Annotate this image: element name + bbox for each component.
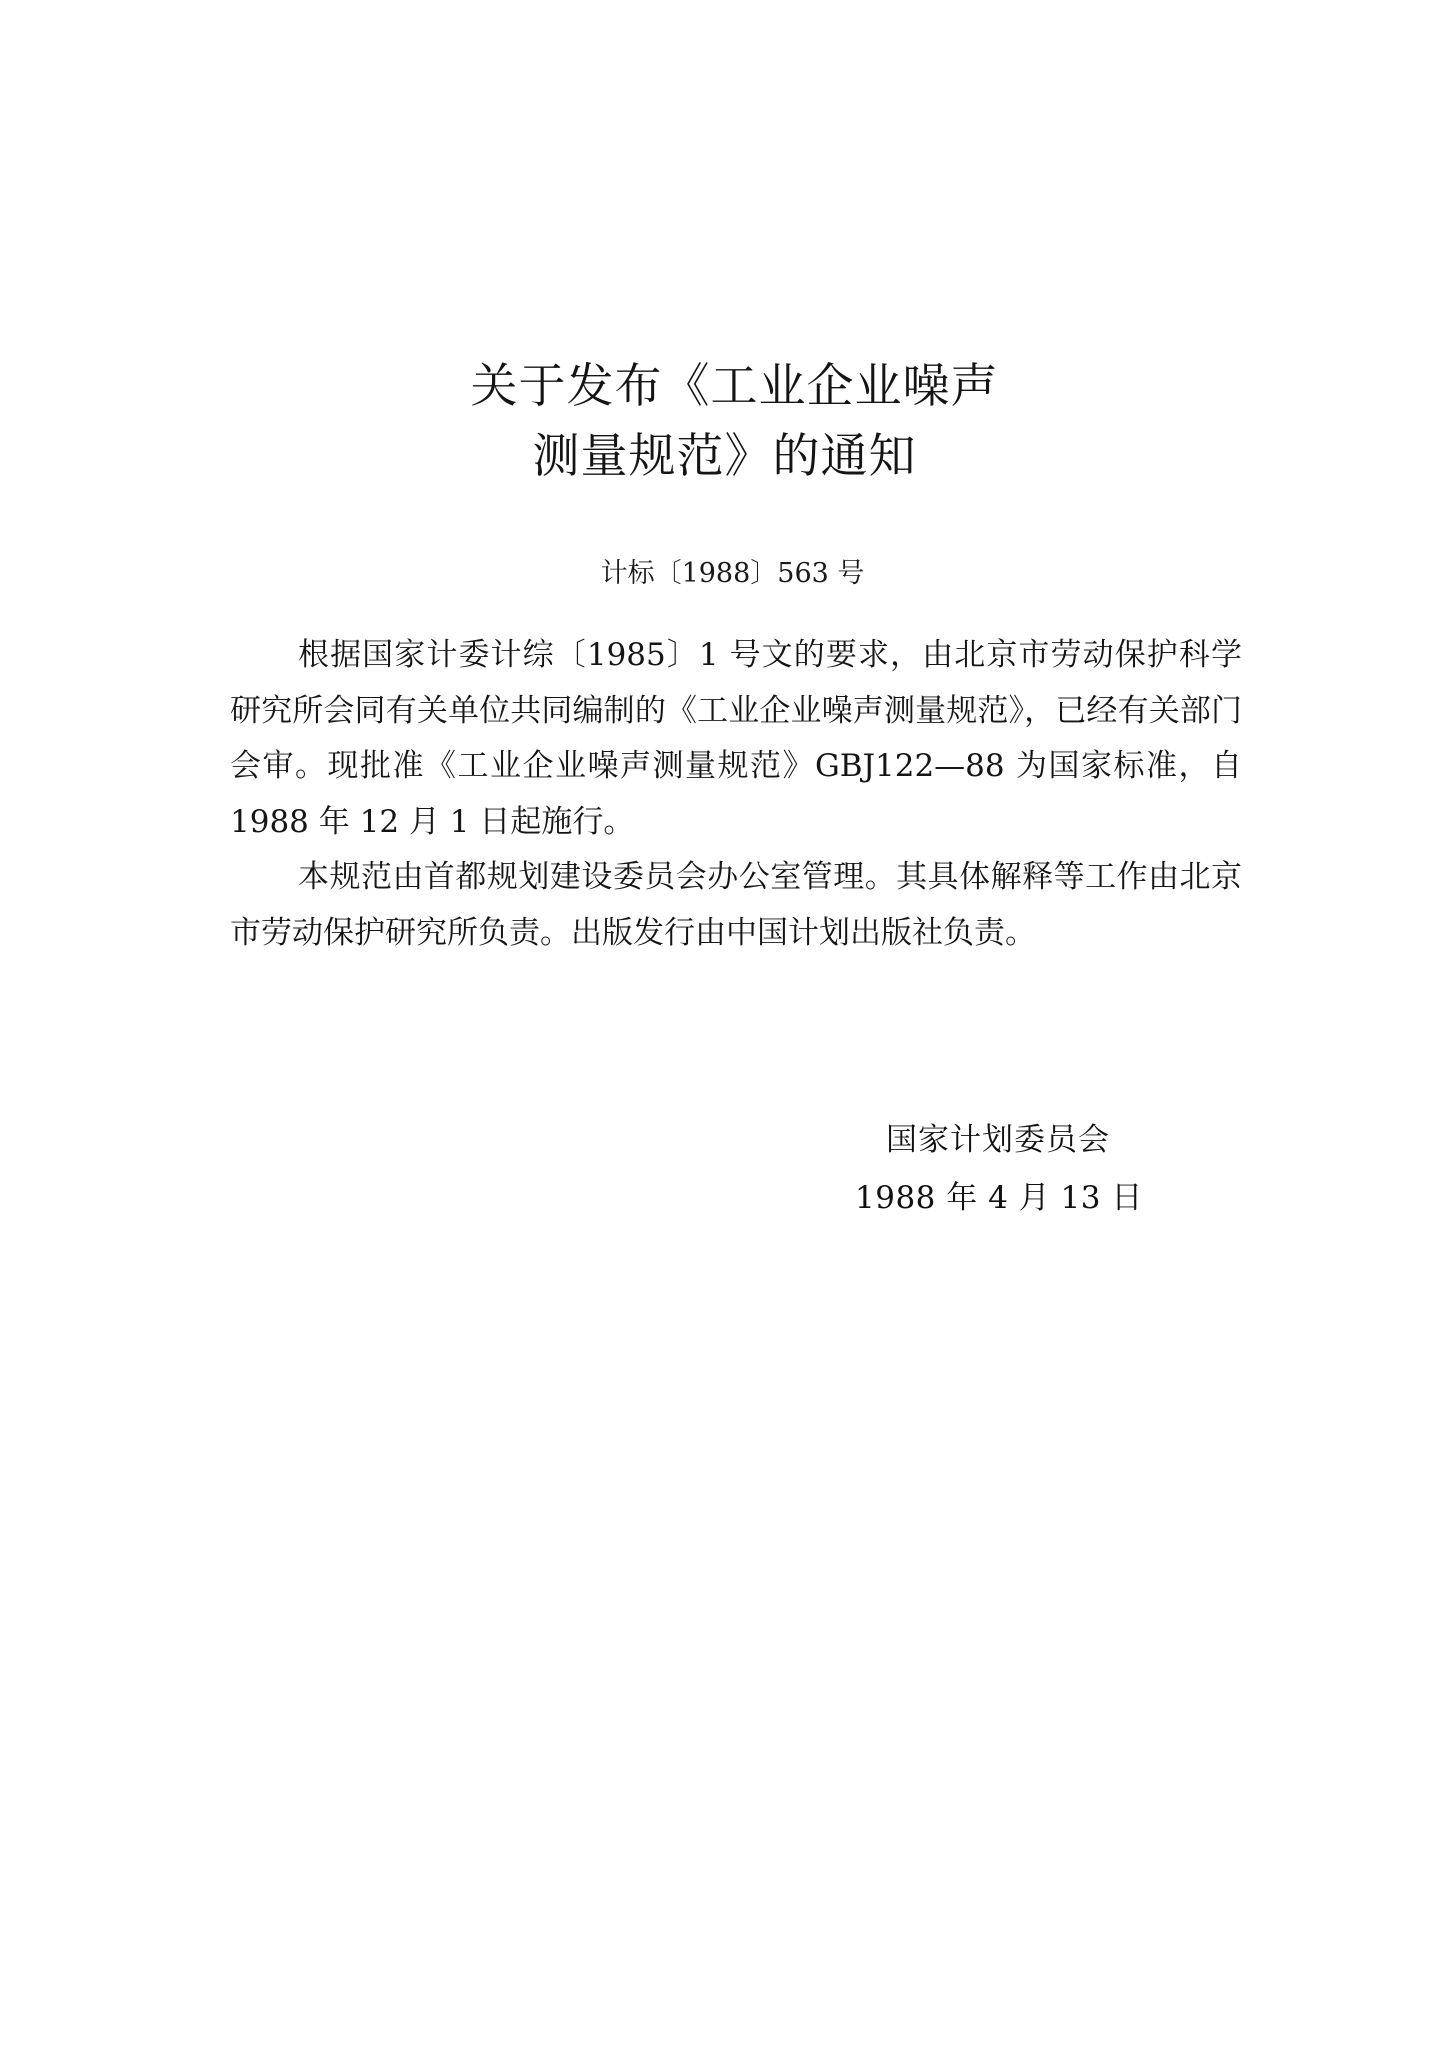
document-number: 计标〔1988〕563 号	[0, 556, 1449, 592]
document-page: 关于发布《工业企业噪声 测量规范》的通知 计标〔1988〕563 号 根据国家计…	[0, 0, 1449, 2048]
body-paragraph-1: 根据国家计委计综〔1985〕1 号文的要求，由北京市劳动保护科学研究所会同有关单…	[230, 628, 1242, 850]
body-paragraph-2: 本规范由首都规划建设委员会办公室管理。其具体解释等工作由北京市劳动保护研究所负责…	[230, 850, 1242, 961]
issuing-organization: 国家计划委员会	[886, 1118, 1110, 1162]
title-line-1: 关于发布《工业企业噪声	[0, 352, 1449, 422]
notice-body: 根据国家计委计综〔1985〕1 号文的要求，由北京市劳动保护科学研究所会同有关单…	[230, 628, 1242, 961]
issue-date: 1988 年 4 月 13 日	[855, 1176, 1143, 1220]
title-line-2: 测量规范》的通知	[0, 422, 1449, 492]
notice-title: 关于发布《工业企业噪声 测量规范》的通知	[0, 352, 1449, 492]
